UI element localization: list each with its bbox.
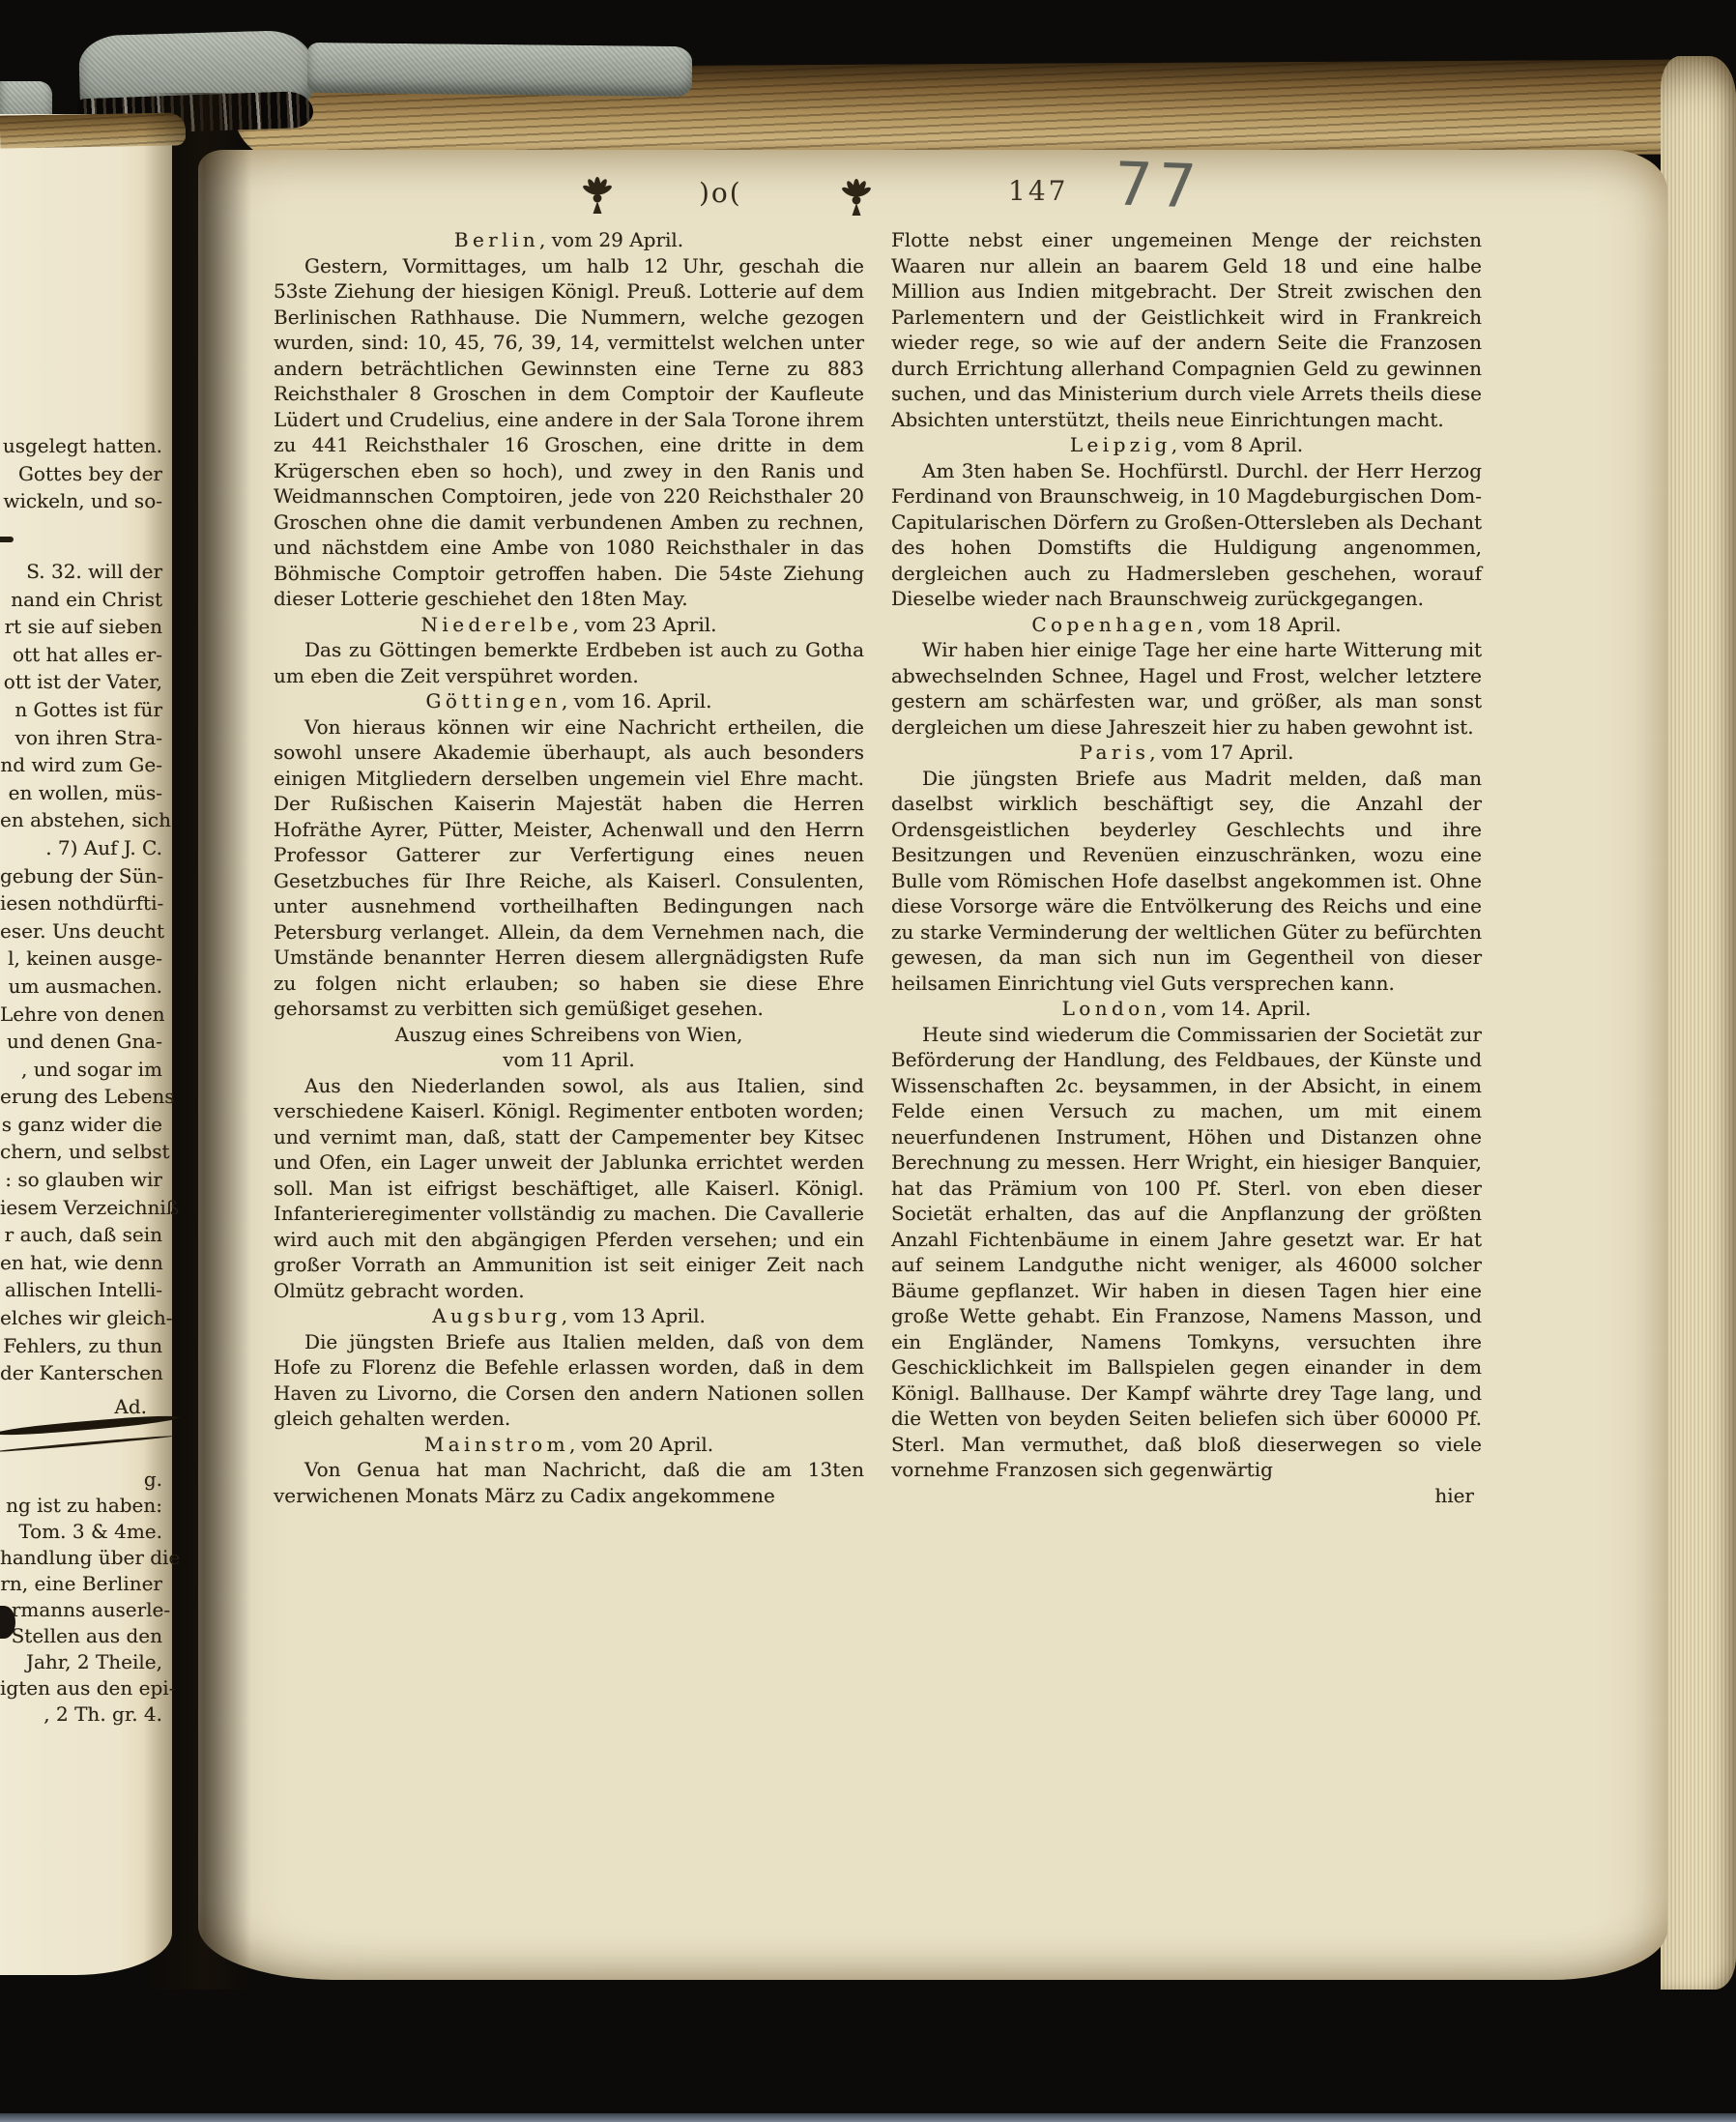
- continuation-body: Flotte nebst einer ungemeinen Menge der …: [891, 227, 1482, 432]
- page-block-fore-edge: [1661, 56, 1736, 1990]
- left-page-text-line: um ausmachen.: [0, 973, 162, 1001]
- book-scan: usgelegt hatten.Gottes bey derwickeln, u…: [0, 0, 1736, 2122]
- left-page-fragments-main: S. 32. will dernand ein Christrt sie auf…: [0, 558, 164, 1387]
- left-page-text-line: , 2 Th. gr. 4.: [0, 1701, 162, 1728]
- left-page-text-line: Tom. 3 & 4me.: [0, 1519, 162, 1545]
- left-page-text-line: der Kanterschen: [0, 1359, 162, 1387]
- section-heading: Berlin, vom 29 April.: [274, 227, 864, 253]
- left-page-text-line: nand ein Christ: [0, 586, 162, 614]
- left-page-text-line: S. 32. will der: [0, 558, 162, 586]
- handwritten-page-number: 77: [1114, 148, 1203, 221]
- left-page-text-line: . 7) Auf J. C.: [0, 834, 162, 862]
- left-page-text-line: iesen nothdürfti-: [0, 889, 162, 917]
- left-page-text-line: Fehlers, zu thun: [0, 1332, 162, 1360]
- left-page-text-line: gebung der Sün-: [0, 862, 162, 890]
- section-heading: Augsburg, vom 13 April.: [274, 1303, 864, 1329]
- left-page-text-line: allischen Intelli-: [0, 1276, 162, 1304]
- left-page: usgelegt hatten.Gottes bey derwickeln, u…: [0, 114, 172, 1975]
- left-page-text-line: : so glauben wir: [0, 1166, 162, 1194]
- left-page-text-line: rn, eine Berliner: [0, 1571, 162, 1597]
- left-page-text-line: s ganz wider die: [0, 1111, 162, 1139]
- section-body: Am 3ten haben Se. Hochfürstl. Durchl. de…: [891, 458, 1482, 612]
- section-body: Die jüngsten Briefe aus Italien melden, …: [274, 1329, 864, 1432]
- left-page-text-line: r auch, daß sein: [0, 1221, 162, 1249]
- ink-fragment: [0, 537, 14, 542]
- left-page-text-line: ott ist der Vater,: [0, 668, 162, 696]
- left-page-text-line: Jahr, 2 Theile,: [0, 1649, 162, 1675]
- left-page-text-line: n Gottes ist für: [0, 696, 162, 724]
- left-page-text-line: erung des Lebens: [0, 1083, 162, 1111]
- left-page-text-line: Gottes bey der: [0, 460, 162, 488]
- left-page-text-line: l, keinen ausge-: [0, 945, 162, 973]
- fleuron-ornament-icon: [836, 175, 877, 219]
- left-page-text-line: ermanns auserle-: [0, 1597, 162, 1623]
- text-columns: Berlin, vom 29 April. Gestern, Vormittag…: [274, 227, 1482, 1508]
- section-heading: Mainstrom, vom 20 April.: [274, 1432, 864, 1458]
- section-heading: Leipzig, vom 8 April.: [891, 432, 1482, 458]
- left-page-text-line: usgelegt hatten.: [0, 432, 162, 460]
- left-page-text-line: elches wir gleich-: [0, 1304, 162, 1332]
- left-page-text-line: Stellen aus den: [0, 1623, 162, 1649]
- section-body: Das zu Göttingen bemerkte Erdbeben ist a…: [274, 637, 864, 688]
- main-page: )o( 147 77 Berlin, vom 29 April. Gestern…: [198, 150, 1667, 1980]
- section-body: Gestern, Vormittages, um halb 12 Uhr, ge…: [274, 253, 864, 612]
- header-separator-mark: )o(: [699, 177, 742, 209]
- left-page-text-line: handlung über die: [0, 1545, 162, 1571]
- scan-bottom-strip: [0, 2113, 1736, 2122]
- section-body: Die jüngsten Briefe aus Madrit melden, d…: [891, 766, 1482, 997]
- left-page-text-line: eser. Uns deucht: [0, 917, 162, 945]
- left-page-signature-row: Ad.: [0, 1387, 164, 1421]
- left-page-fragments-lower: g.ng ist zu haben:Tom. 3 & 4me.handlung …: [0, 1467, 164, 1728]
- left-page-text-line: g.: [0, 1467, 162, 1493]
- left-page-top-edge: [0, 112, 186, 148]
- left-page-text-line: Lehre von denen: [0, 1001, 162, 1029]
- section-body: Von hieraus können wir eine Nachricht er…: [274, 714, 864, 1022]
- section-heading: London, vom 14. April.: [891, 996, 1482, 1022]
- left-page-text-line: en abstehen, sich: [0, 806, 162, 834]
- section-body: Wir haben hier einige Tage her eine hart…: [891, 637, 1482, 740]
- section-body: Heute sind wiederum die Commissarien der…: [891, 1022, 1482, 1483]
- column-right: Flotte nebst einer ungemeinen Menge der …: [891, 227, 1482, 1508]
- left-page-text-line: en wollen, müs-: [0, 779, 162, 807]
- section-heading: Niederelbe, vom 23 April.: [274, 612, 864, 638]
- section-rule-thin: [0, 1435, 174, 1453]
- left-page-text-line: igten aus den epi-: [0, 1675, 162, 1701]
- left-page-text-line: ott hat alles er-: [0, 641, 162, 669]
- catchword: hier: [891, 1483, 1482, 1509]
- left-page-text-line: , und sogar im: [0, 1056, 162, 1084]
- section-heading: Göttingen, vom 16. April.: [274, 688, 864, 714]
- fleuron-ornament-icon: [577, 173, 618, 218]
- left-page-fragments-upper: usgelegt hatten.Gottes bey derwickeln, u…: [0, 432, 164, 515]
- column-left: Berlin, vom 29 April. Gestern, Vormittag…: [274, 227, 864, 1508]
- left-page-text-line: von ihren Stra-: [0, 724, 162, 752]
- left-page-text-line: chern, und selbst: [0, 1138, 162, 1166]
- left-page-text-line: ng ist zu haben:: [0, 1493, 162, 1519]
- left-page-text-line: und denen Gna-: [0, 1028, 162, 1056]
- section-heading: Auszug eines Schreibens von Wien, vom 11…: [274, 1022, 864, 1073]
- section-heading: Paris, vom 17 April.: [891, 740, 1482, 766]
- printed-page-number: 147: [1008, 175, 1068, 207]
- section-body: Von Genua hat man Nachricht, daß die am …: [274, 1457, 864, 1508]
- binding-cloth-strip: [307, 43, 693, 97]
- left-page-text-line: iesem Verzeichniß: [0, 1194, 162, 1222]
- section-heading: Copenhagen, vom 18 April.: [891, 612, 1482, 638]
- left-page-text-line: nd wird zum Ge-: [0, 751, 162, 779]
- left-page-text-line: rt sie auf sieben: [0, 613, 162, 641]
- section-body: Aus den Niederlanden sowol, als aus Ital…: [274, 1073, 864, 1304]
- left-page-text-line: wickeln, und so-: [0, 487, 162, 515]
- left-page-text-line: en hat, wie denn: [0, 1249, 162, 1277]
